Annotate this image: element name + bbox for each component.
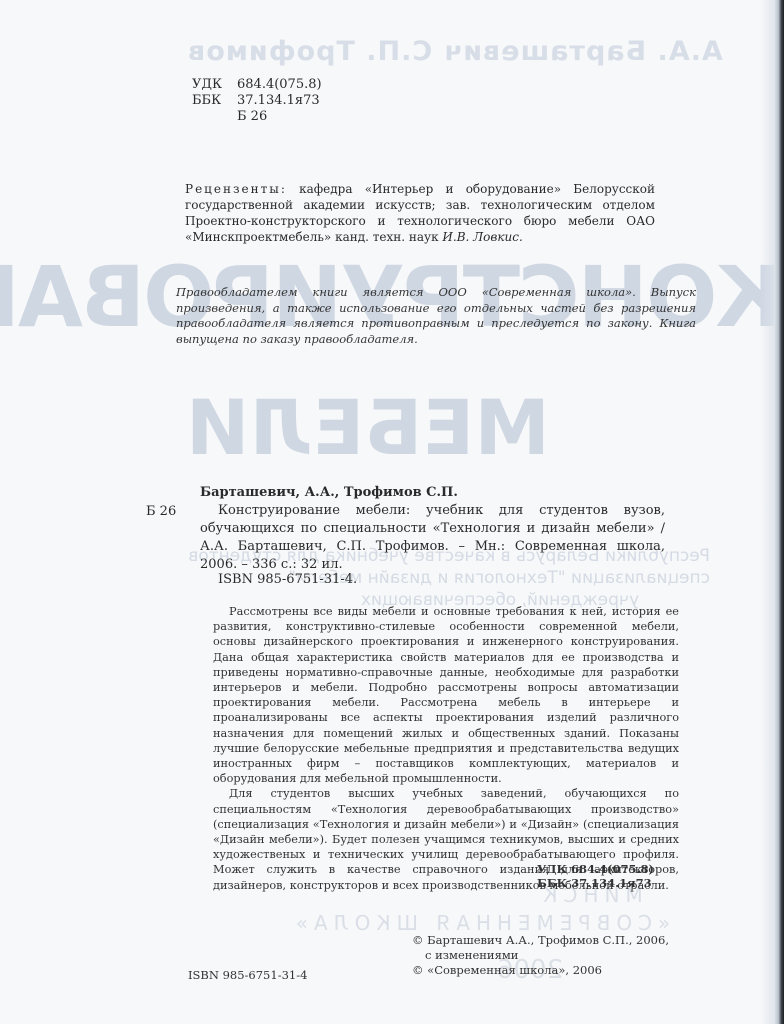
bleed-through-title-line2: МЕБЕЛИ: [290, 383, 550, 472]
reviewers: Рецензенты: кафедра «Интерьер и оборудов…: [185, 181, 655, 245]
copyright-note: с изменениями: [412, 948, 669, 963]
classification-bottom: УДК 684.4(075.8) ББК 37.134.1я73: [537, 862, 654, 890]
page-edge-shadow: [774, 0, 784, 1024]
book-imprint-page: А.А. Барташевич С.П. Трофимов КОНСТРУИРО…: [0, 0, 784, 1024]
copyright: © Барташевич А.А., Трофимов С.П., 2006, …: [412, 933, 669, 978]
bbk-bottom: ББК 37.134.1я73: [537, 876, 654, 890]
copyright-publisher: © «Современная школа», 2006: [412, 963, 669, 978]
reviewers-lead: Рецензенты:: [185, 182, 287, 196]
biblio-code: Б 26: [146, 504, 176, 520]
bbk-value: 37.134.1я73: [237, 93, 320, 108]
annotation: Рассмотрены все виды мебели и основные т…: [213, 604, 679, 893]
author-mark: Б 26: [237, 109, 267, 124]
rights-notice: Правообладателем книги является ООО «Сов…: [176, 285, 696, 347]
udk-label: УДК: [192, 77, 237, 93]
copyright-authors: © Барташевич А.А., Трофимов С.П., 2006,: [412, 933, 669, 948]
classification-top: УДК684.4(075.8) ББК37.134.1я73 Б 26: [192, 77, 322, 125]
reviewer-name: И.В. Ловкис.: [442, 230, 522, 244]
bbk-label: ББК: [192, 93, 237, 109]
bleed-through-authors: А.А. Барташевич С.П. Трофимов: [175, 36, 735, 67]
udk-bottom: УДК 684.4(075.8): [537, 862, 654, 876]
biblio-description: Конструирование мебели: учебник для студ…: [200, 502, 665, 574]
annotation-paragraph: Рассмотрены все виды мебели и основные т…: [213, 604, 679, 786]
udk-value: 684.4(075.8): [237, 77, 322, 92]
biblio-authors: Барташевич, А.А., Трофимов С.П.: [200, 485, 458, 501]
isbn-bottom: ISBN 985-6751-31-4: [188, 968, 307, 984]
bleed-through-publisher: «СОВРЕМЕННАЯ ШКОЛА»: [260, 911, 700, 935]
page-edge-highlight: [760, 0, 774, 1024]
biblio-isbn: ISBN 985-6751-31-4.: [218, 572, 357, 588]
